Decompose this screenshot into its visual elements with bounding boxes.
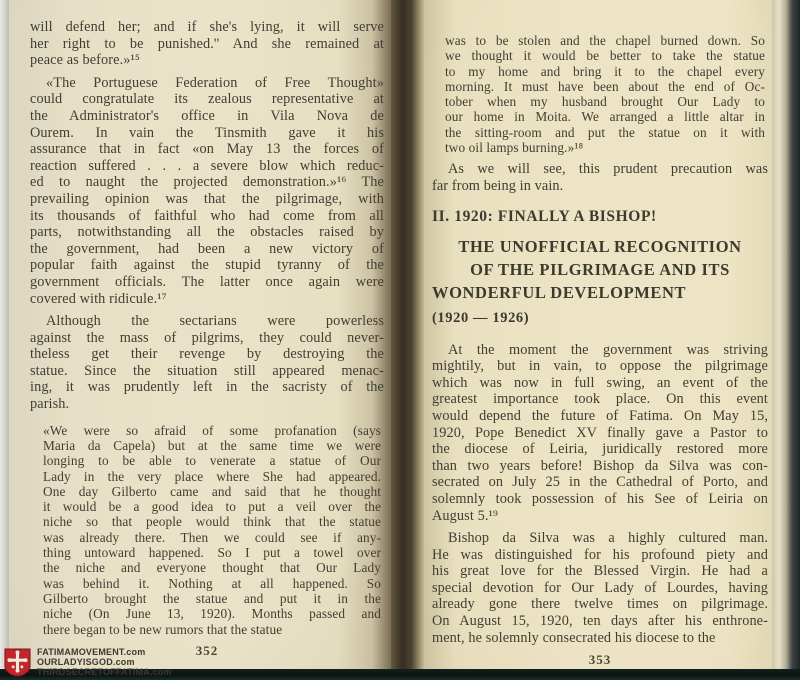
quote-paragraph: «We were so afraid of some profanation (…	[43, 423, 381, 637]
text-line: Bishop da Silva was a highly cultured ma…	[432, 530, 768, 547]
text-line: Gilberto brought the statue and put it i…	[43, 591, 381, 606]
text-line: prevailing opinion was that the pilgrima…	[30, 191, 384, 208]
book-scan: will defend her; and if she's lying, it …	[0, 0, 800, 680]
text-line: her right to be punished.'' And she rema…	[30, 36, 384, 53]
quote-paragraph: was to be stolen and the chapel burned d…	[445, 33, 765, 155]
text-line: popular faith against the stupid tyranny…	[30, 257, 384, 274]
text-line: government officials. The latter once ag…	[30, 274, 384, 291]
body-paragraph: Bishop da Silva was a highly cultured ma…	[432, 530, 768, 646]
text-line: parish.	[30, 396, 384, 413]
body-paragraph: will defend her; and if she's lying, it …	[30, 19, 384, 69]
text-line: At the moment the government was strivin…	[432, 342, 768, 359]
text-line: our home in Moita. We arranged a little …	[445, 109, 765, 124]
text-line: could congratulate its zealous represent…	[30, 91, 384, 108]
text-line: covered with ridicule.¹⁷	[30, 291, 384, 308]
watermark-text: FATIMAMOVEMENT.com OURLADYISGOD.com THIR…	[37, 647, 172, 677]
body-paragraph: «The Portuguese Federation of Free Thoug…	[30, 75, 384, 307]
text-line: Although the sectarians were powerless	[30, 313, 384, 330]
watermark-line: FATIMAMOVEMENT.com	[37, 647, 172, 657]
text-line: the government, had been a new victory o…	[30, 241, 384, 258]
text-line: the sitting-room and put the statue on i…	[445, 125, 765, 140]
scan-left-edge	[0, 0, 9, 669]
text-line: special devotion for Our Lady of Lourdes…	[432, 580, 768, 597]
text-line: WONDERFUL DEVELOPMENT	[432, 281, 768, 304]
text-line: there began to be new rumors that the st…	[43, 622, 381, 637]
text-line: would depend the future of Fatima. On Ma…	[432, 408, 768, 425]
text-line: (1920 — 1926)	[432, 308, 768, 328]
text-line: «We were so afraid of some profanation (…	[43, 423, 381, 438]
text-line: On August 15, 1920, ten days after his e…	[432, 613, 768, 630]
scan-right-edge	[772, 0, 800, 669]
section-heading: THE UNOFFICIAL RECOGNITIONOF THE PILGRIM…	[432, 235, 768, 304]
text-line: the niche and everyone thought that Our …	[43, 560, 381, 575]
text-line: niche (On June 13, 1920). Months passed …	[43, 606, 381, 621]
text-line: we thought it would be better to take th…	[445, 48, 765, 63]
text-line: thing untoward happened. So I put a towe…	[43, 545, 381, 560]
body-paragraph: At the moment the government was strivin…	[432, 342, 768, 525]
text-line: He was distinguished for his profound pi…	[432, 547, 768, 564]
text-line: niche so that people would think that th…	[43, 514, 381, 529]
text-line: to my home and bring it to the chapel ev…	[445, 64, 765, 79]
text-line: will defend her; and if she's lying, it …	[30, 19, 384, 36]
text-line: theless get their revenge by destroying …	[30, 346, 384, 363]
text-line: two oil lamps burning.»¹⁸	[445, 140, 765, 155]
text-line: than two years before! Bishop da Silva w…	[432, 458, 768, 475]
left-page: will defend her; and if she's lying, it …	[9, 0, 391, 669]
text-line: his great love for the Blessed Virgin. H…	[432, 563, 768, 580]
text-line: it would be a good idea to put a veil ov…	[43, 499, 381, 514]
text-line: secrated on July 25 in the Cathedral of …	[432, 474, 768, 491]
text-line: Maria da Capela) but at the same time we…	[43, 438, 381, 453]
left-page-blocks: will defend her; and if she's lying, it …	[30, 19, 384, 637]
text-line: against the mass of pilgrims, they could…	[30, 330, 384, 347]
text-line: was behind it. Nothing at all happened. …	[43, 576, 381, 591]
text-line: far from being in vain.	[432, 178, 768, 195]
text-line: which was now in full swing, an event of…	[432, 375, 768, 392]
text-line: greatest importance took place. On this …	[432, 391, 768, 408]
text-line: OF THE PILGRIMAGE AND ITS	[432, 258, 768, 281]
text-line: THE UNOFFICIAL RECOGNITION	[432, 235, 768, 258]
text-line: its thousands of faithful who had come f…	[30, 208, 384, 225]
page-number-right: 353	[432, 652, 768, 668]
text-line: ing, it was prudently left in the sacris…	[30, 379, 384, 396]
watermark: FATIMAMOVEMENT.com OURLADYISGOD.com THIR…	[3, 647, 172, 677]
fatima-movement-shield-icon	[3, 648, 32, 677]
right-page-blocks: was to be stolen and the chapel burned d…	[432, 33, 768, 646]
text-line: ed to naught the projected demonstration…	[30, 174, 384, 191]
text-line: August 5.¹⁹	[432, 508, 768, 525]
text-line: ment, he solemnly consecrated his dioces…	[432, 630, 768, 647]
text-line: II. 1920: FINALLY A BISHOP!	[432, 207, 768, 227]
text-line: statue. Since the situation still appear…	[30, 363, 384, 380]
body-paragraph: Although the sectarians were powerlessag…	[30, 313, 384, 413]
text-line: mightily, but in vain, to oppose the pil…	[432, 358, 768, 375]
text-line: reaction suffered . . . a severe blow wh…	[30, 158, 384, 175]
text-line: already gone there twelve times on pilgr…	[432, 596, 768, 613]
watermark-line: OURLADYISGOD.com	[37, 657, 172, 667]
text-line: was to be stolen and the chapel burned d…	[445, 33, 765, 48]
text-line: parts, notwithstanding all the obstacles…	[30, 224, 384, 241]
section-heading: (1920 — 1926)	[432, 308, 768, 328]
text-line: longing to be able to venerate a statue …	[43, 453, 381, 468]
text-line: Ourem. In vain the Tinsmith gave it his	[30, 125, 384, 142]
text-line: was already there. Then we could see if …	[43, 530, 381, 545]
text-line: As we will see, this prudent precaution …	[432, 161, 768, 178]
book-gutter	[391, 0, 424, 669]
text-line: Lady in the very place where She had app…	[43, 469, 381, 484]
text-line: the diocese of Leiria, juridically resto…	[432, 441, 768, 458]
text-line: One day Gilberto came and said that he t…	[43, 484, 381, 499]
right-page: was to be stolen and the chapel burned d…	[424, 0, 772, 669]
text-line: solemnly took possession of his See of L…	[432, 491, 768, 508]
text-line: assurance that in fact «on May 13 the fo…	[30, 141, 384, 158]
text-line: «The Portuguese Federation of Free Thoug…	[30, 75, 384, 92]
text-line: 1920, Pope Benedict XV finally gave a Pa…	[432, 425, 768, 442]
watermark-line: THIRDSECRETOFFATIMA.com	[37, 667, 172, 677]
section-heading: II. 1920: FINALLY A BISHOP!	[432, 207, 768, 227]
text-line: peace as before.»¹⁵	[30, 52, 384, 69]
right-page-text-column: was to be stolen and the chapel burned d…	[432, 23, 768, 668]
body-paragraph: As we will see, this prudent precaution …	[432, 161, 768, 194]
left-page-text-column: will defend her; and if she's lying, it …	[30, 19, 384, 659]
text-line: the Administrator's office in Vila Nova …	[30, 108, 384, 125]
text-line: morning. It must have been about the end…	[445, 79, 765, 94]
text-line: tober when my husband brought Our Lady t…	[445, 94, 765, 109]
